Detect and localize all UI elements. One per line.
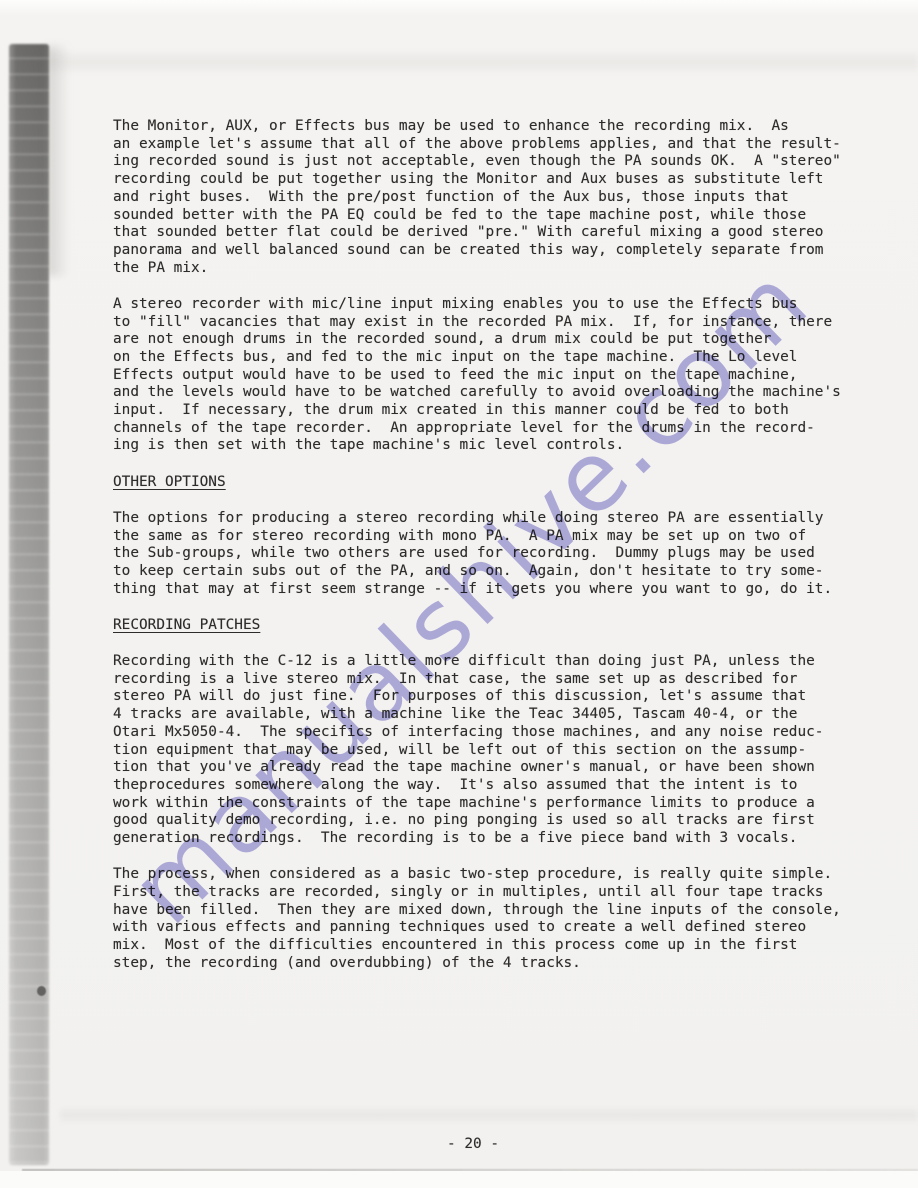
binding-shadow-haze (47, 46, 69, 276)
paragraph-monitor-aux-effects: The Monitor, AUX, or Effects bus may be … (113, 118, 873, 277)
scanned-manual-page: The Monitor, AUX, or Effects bus may be … (0, 0, 918, 1188)
page-bottom-margin (0, 1171, 918, 1188)
paragraph-stereo-recorder: A stereo recorder with mic/line input mi… (113, 296, 873, 455)
page-body-text: The Monitor, AUX, or Effects bus may be … (113, 118, 873, 991)
book-binding-edge (9, 44, 49, 1165)
binding-dot (37, 986, 46, 996)
scan-artifact-band-bottom (60, 1106, 918, 1124)
paragraph-other-options: The options for producing a stereo recor… (113, 510, 873, 599)
scan-artifact-band-top (40, 50, 918, 74)
section-heading-recording-patches: RECORDING PATCHES (113, 617, 873, 635)
paragraph-recording-patches: Recording with the C-12 is a little more… (113, 653, 873, 848)
page-number: - 20 - (447, 1136, 499, 1152)
paragraph-two-step-process: The process, when considered as a basic … (113, 866, 873, 972)
section-heading-other-options: OTHER OPTIONS (113, 474, 873, 492)
